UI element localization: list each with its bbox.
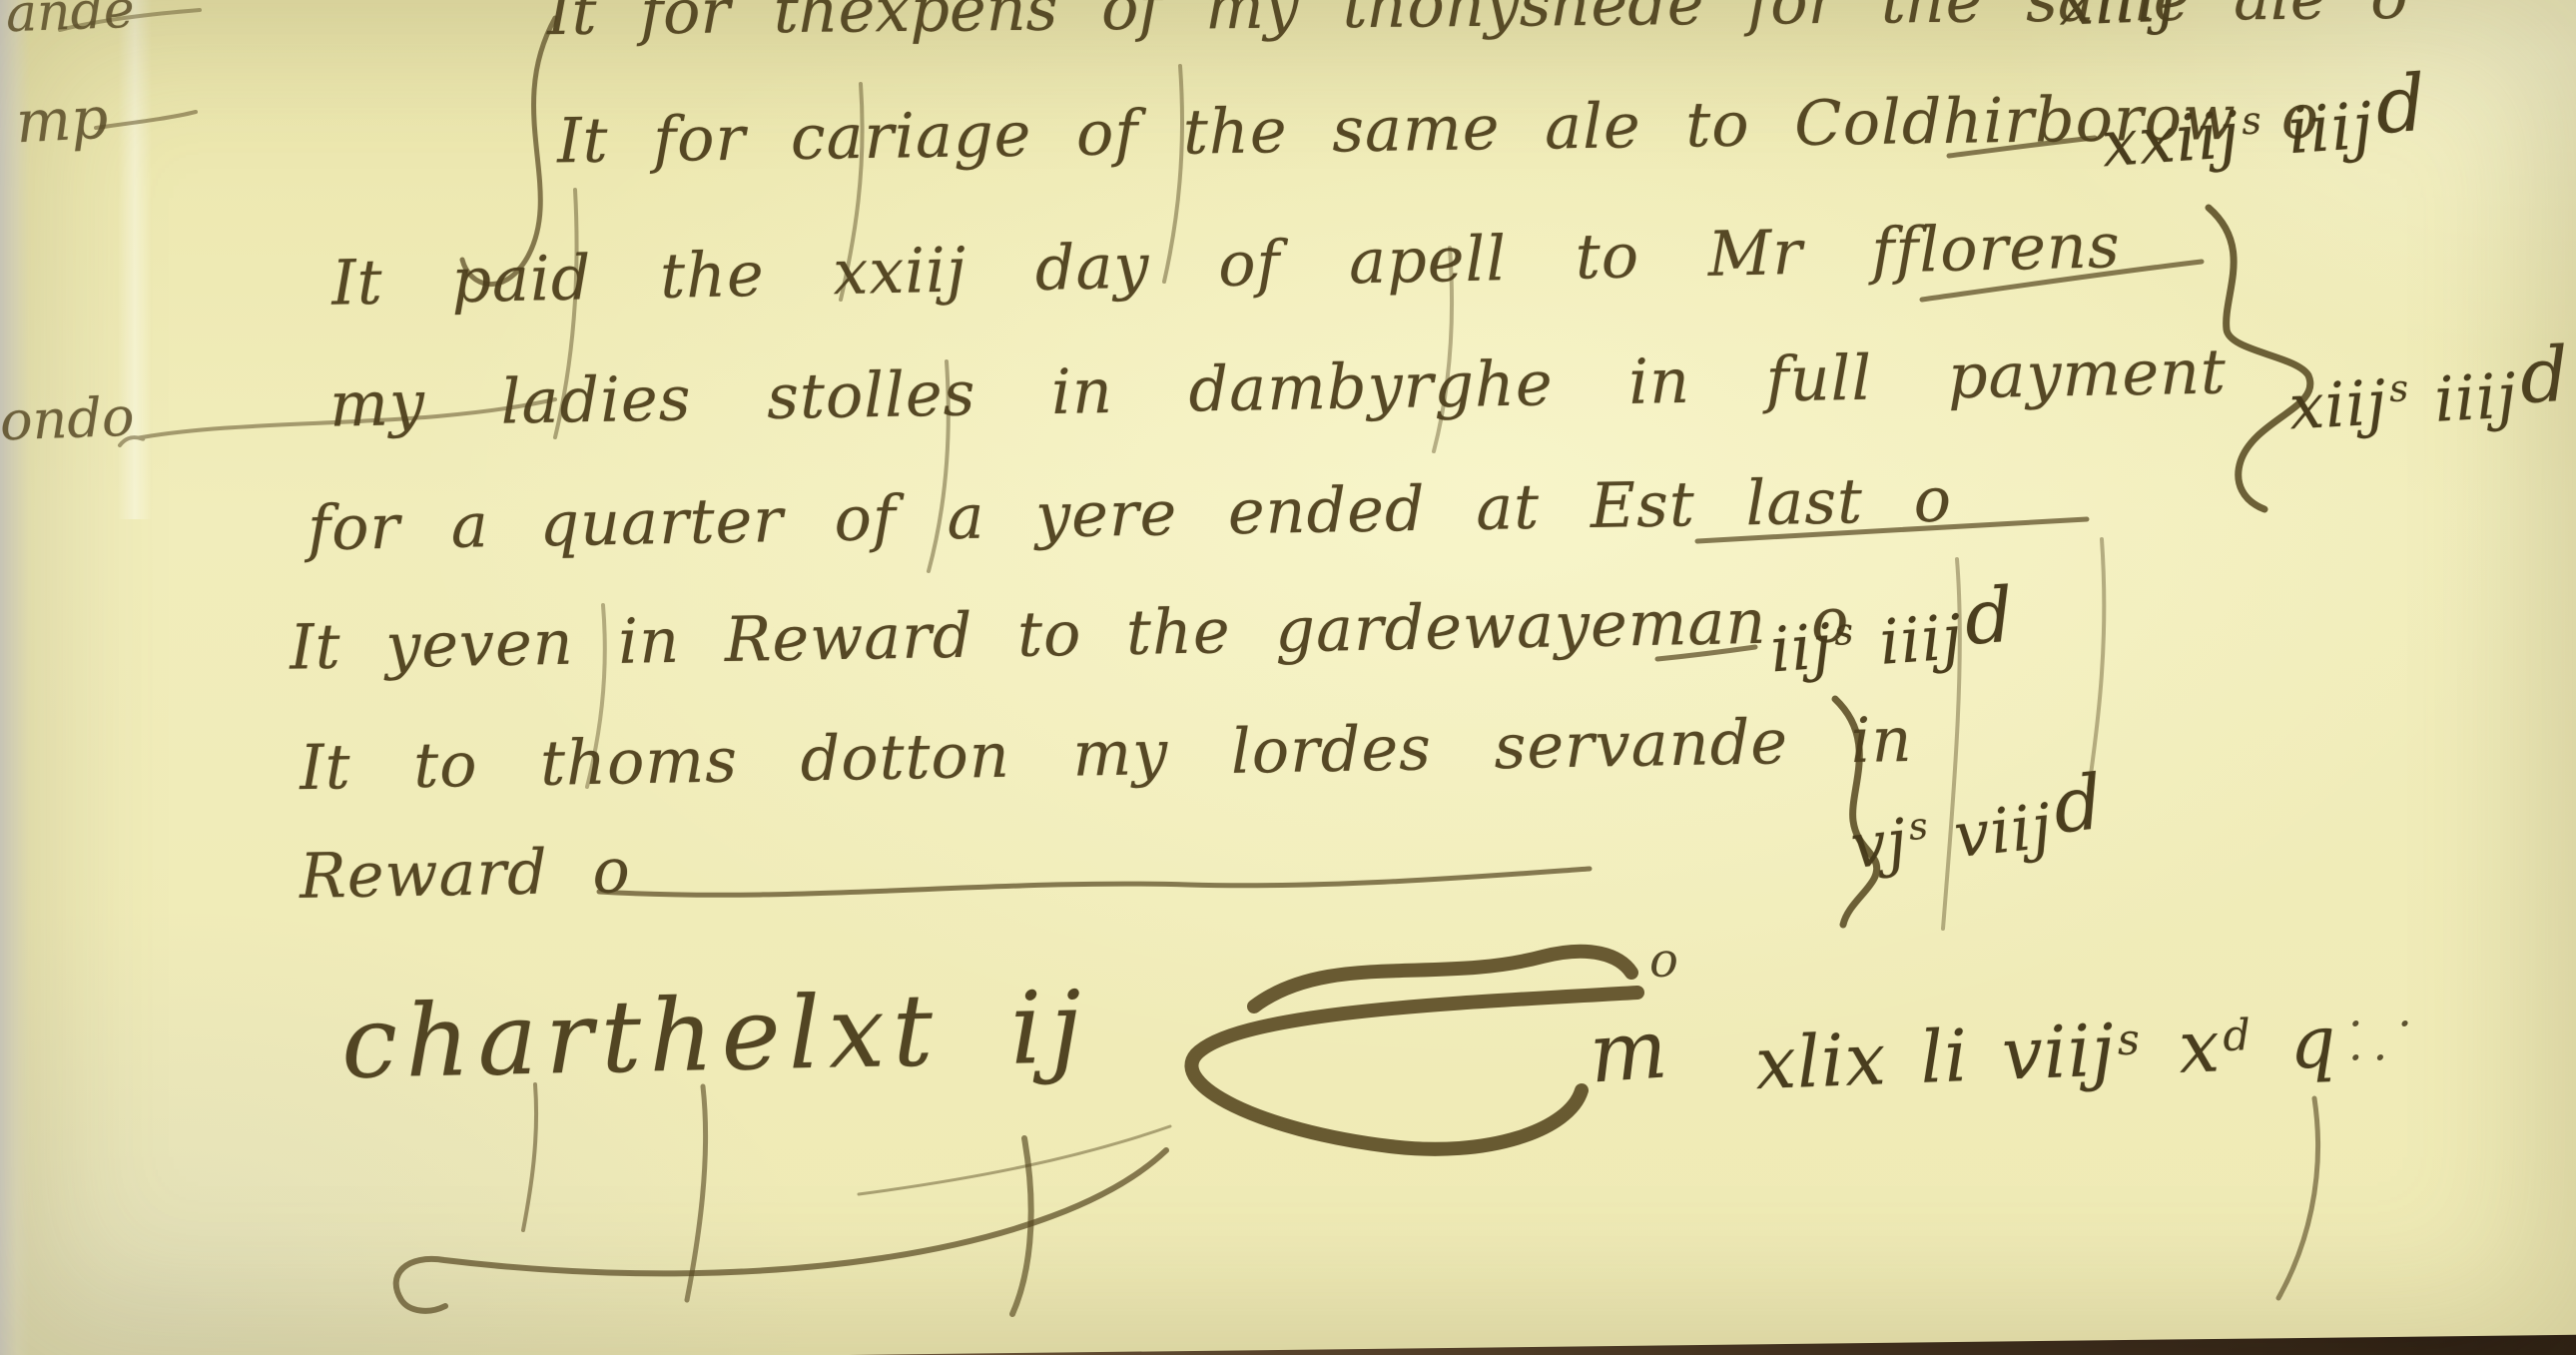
entry-text: my ladies stolles in dambyrghe in full p… [329,335,2228,440]
amount-entry-3-5: xiijs iiijd [2286,331,2573,444]
entry-line-2: It for cariage of the same ale to Coldhi… [557,80,2320,178]
amount-unit: d [2049,758,2107,851]
tail-flourish-faint [859,1126,1170,1194]
summa-sign-bowl [1191,993,1637,1149]
tail-flourish [396,1150,1166,1311]
entry-line-8: Reward o [299,834,631,913]
summary-heading-text: charthelxt ij [340,969,1090,1101]
summary-heading: charthelxt ij [340,969,1090,1101]
amount-unit: d [2222,1011,2253,1061]
amount-number: vj [1847,805,1911,883]
amount-unit: s [2117,1015,2142,1065]
amount-entry-6: iijs iiijd [1766,571,2018,687]
entry-line-6: It yeven in Reward to the gardewayeman o [289,583,1849,683]
amount-number: iij [1768,609,1835,686]
margin-note-text: ande [5,0,136,44]
page-bottom-shadow [849,1333,2576,1355]
amount-entry-7-8: vjs viijd [1845,758,2109,883]
amount-number: xiiij [2058,0,2179,40]
amount-number: iiij [2285,89,2375,169]
summa-superscript-text: o [1649,933,1678,989]
entry-line-4: my ladies stolles in dambyrghe in full p… [329,335,2228,440]
descender-stroke [2089,539,2104,789]
amount-number: x [2178,1004,2223,1089]
summary-dots: · · ·· [2348,1007,2422,1074]
amount-number: xlix [1754,1016,1888,1105]
amount-unit: s [2240,98,2263,144]
amount-unit: s [1906,803,1931,849]
amount-number: viij [2001,1008,2117,1095]
amount-number: xiij [2287,365,2389,443]
margin-note-ondo: ondo [0,385,135,453]
amount-entry-1: xiiijd [2058,0,2211,40]
entry-text: It paid the xxiij day of apell to Mr ffl… [330,209,2121,320]
entry-text: It yeven in Reward to the gardewayeman o [289,583,1849,683]
amount-unit: s [1832,609,1855,654]
entry-text: It for cariage of the same ale to Coldhi… [557,80,2320,178]
entry-line-3: It paid the xxiij day of apell to Mr ffl… [330,209,2121,320]
amount-unit: d [2179,0,2205,7]
entry-line-5: for a quarter of a yere ended at Est las… [307,463,1952,565]
amount-number: xxiij [2100,99,2243,182]
summary-descender [687,1086,706,1300]
q-descender [2278,1098,2318,1298]
margin-note-mp: mp [14,84,110,157]
summary-amount: xlix li viijs xd q [1754,1000,2338,1105]
summa-m: m [1587,1002,1670,1101]
summa-descender [1012,1138,1031,1314]
manuscript-page: ande mp ondo It for thexpens of my thony… [0,0,2576,1355]
summa-sign-top [1254,952,1631,1007]
amount-unit: li [1919,1014,1970,1099]
leader-line-entry-8 [599,869,1590,895]
amount-tail: q [2288,1000,2338,1085]
margin-note-text: ondo [0,385,135,453]
entry-text: It to thoms dotton my lordes servande in [299,703,1913,804]
entry-text: Reward o [299,834,631,913]
amount-unit: d [1962,571,2017,662]
amount-unit: s [2388,365,2410,410]
summary-descender [523,1084,536,1230]
summa-m-text: m [1587,1002,1670,1101]
margin-note-top: ande [5,0,136,44]
amount-number: iiij [2432,358,2518,435]
amount-entry-2: xxiijs iiijd [2098,59,2430,183]
entry-line-7: It to thoms dotton my lordes servande in [299,703,1913,804]
amount-number: iiij [1877,600,1965,679]
entry-text: for a quarter of a yere ended at Est las… [307,463,1952,565]
summa-superscript: o [1649,933,1678,989]
margin-note-text: mp [14,84,110,157]
amount-unit: d [2518,331,2572,420]
page-left-edge [0,0,30,1355]
amount-number: viij [1951,789,2056,872]
amount-unit: d [2372,59,2429,152]
